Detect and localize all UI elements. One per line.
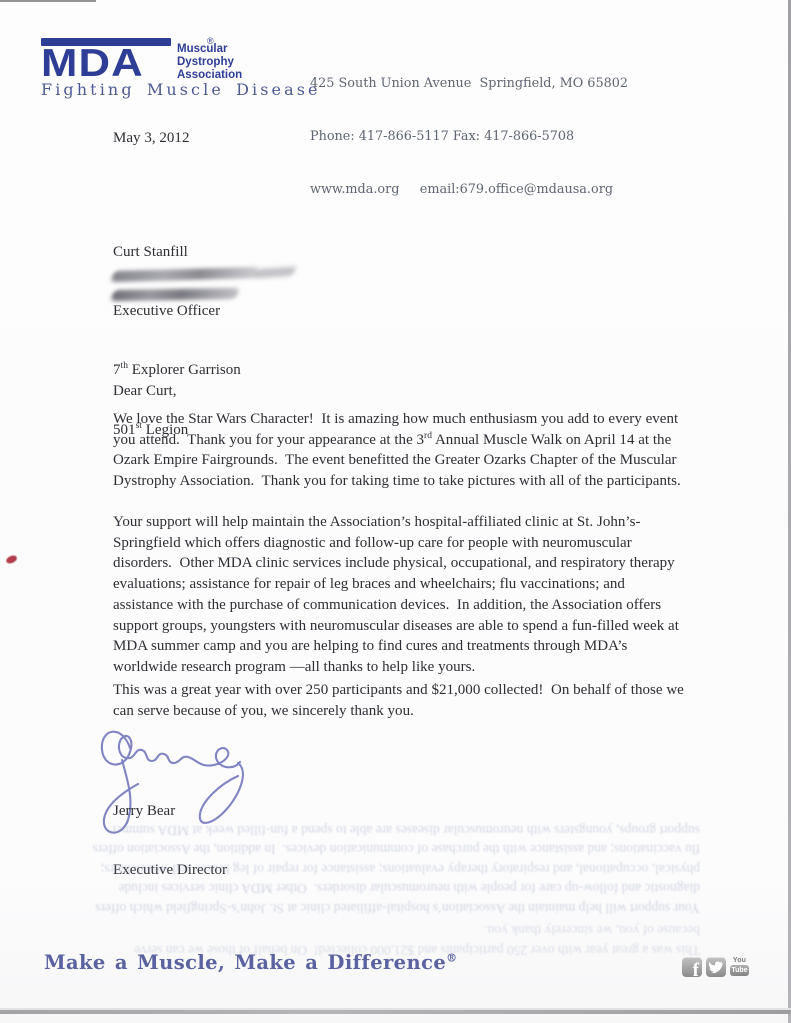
contact-phone-fax: Phone: 417-866-5117 Fax: 417-866-5708 <box>310 128 628 146</box>
salutation: Dear Curt, <box>113 381 177 402</box>
scan-artifact-bottom-edge <box>0 1010 791 1014</box>
logo-organization-name: Muscular Dystrophy Association <box>177 43 242 82</box>
facebook-f-glyph: f <box>693 960 699 977</box>
scanned-letter-page: MDA ® Muscular Dystrophy Association Fig… <box>0 0 791 1023</box>
twitter-icon <box>706 957 726 977</box>
red-ink-fleck <box>5 554 18 564</box>
recipient-name: Curt Stanfill <box>113 243 241 263</box>
youtube-tube-text: Tube <box>730 965 749 976</box>
registered-trademark-icon: ® <box>446 952 457 965</box>
logo-name-line: Muscular <box>177 43 242 56</box>
recipient-title: Executive Officer <box>113 302 241 322</box>
redacted-address-smudge <box>253 266 296 278</box>
recipient-org-line: 7th Explorer Garrison <box>113 361 241 381</box>
slogan-text: Make a Muscle, Make a Difference <box>44 951 446 974</box>
ordinal-number: 7 <box>113 362 121 378</box>
bleedthrough-text: Your support will help maintain the Asso… <box>88 821 700 918</box>
redacted-address-line <box>110 288 239 301</box>
paragraph-2: Your support will help maintain the Asso… <box>113 512 685 678</box>
youtube-you-text: You <box>730 957 749 964</box>
paragraph-1: We love the Star Wars Character! It is a… <box>113 409 685 492</box>
letter-date: May 3, 2012 <box>113 128 189 149</box>
ordinal-suffix: rd <box>424 431 432 441</box>
facebook-icon: f <box>682 957 702 977</box>
contact-address: 425 South Union Avenue Springfield, MO 6… <box>310 75 628 93</box>
contact-web-email: www.mda.org email:679.office@mdausa.org <box>310 181 628 199</box>
logo-name-line: Dystrophy <box>177 56 242 69</box>
mda-logo: MDA ® <box>41 38 171 80</box>
twitter-bird-glyph <box>708 960 724 974</box>
social-icons: f You Tube <box>682 957 749 977</box>
ordinal-suffix: th <box>121 361 128 371</box>
org-name: Explorer Garrison <box>128 362 241 378</box>
youtube-icon: You Tube <box>730 957 749 976</box>
contact-block: 425 South Union Avenue Springfield, MO 6… <box>310 40 628 234</box>
scan-artifact-top-edge <box>0 0 96 2</box>
footer-slogan: Make a Muscle, Make a Difference® <box>44 951 458 974</box>
signer-name: Jerry Bear <box>113 802 227 822</box>
logo-tagline: Fighting Muscle Disease <box>41 80 321 99</box>
logo-acronym: MDA <box>41 47 187 80</box>
